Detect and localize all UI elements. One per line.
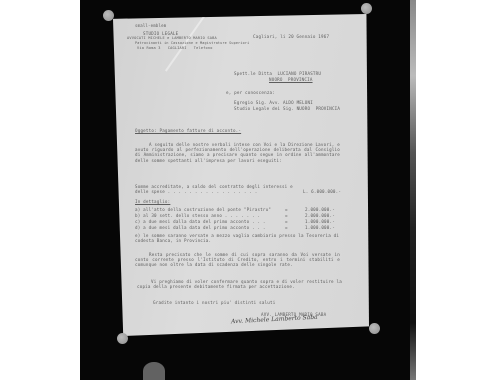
handwritten-signature: Avv. Michele Lamberto Saba bbox=[231, 314, 318, 326]
total-amount: L. 6.000.000.- bbox=[303, 189, 341, 194]
closing-line: Gradite intanto i nostri piu' distinti s… bbox=[153, 300, 275, 305]
paragraph-1: A seguito delle nostre verbali intese co… bbox=[135, 142, 340, 163]
item-amount: 1.000.000.- bbox=[305, 225, 335, 230]
shadow-object bbox=[143, 362, 165, 380]
subject-line: Oggetto: Pagamento fatture di acconto.- bbox=[135, 128, 241, 133]
item-note: e) le somme saranno versate a mezzo vagl… bbox=[135, 233, 340, 243]
item-eq: = bbox=[285, 225, 288, 230]
recipient-2-line1: Egregio Sig. Avv. ALDO MELONI bbox=[234, 100, 313, 105]
pin-bottom-right bbox=[369, 323, 380, 334]
section-label: In dettaglio: bbox=[135, 199, 170, 204]
items-list: a) all'atto della costruzione del ponte … bbox=[135, 207, 345, 231]
paragraph-3: Vi preghiamo di voler confermare quanto … bbox=[137, 279, 342, 289]
total-line: Somme accreditate, a saldo del contratto… bbox=[135, 184, 341, 194]
recipient-1-line1: Spett.le Ditta LUCIANO PIRASTRU bbox=[234, 71, 321, 76]
total-label: Somme accreditate, a saldo del contratto… bbox=[135, 184, 295, 194]
recipient-1-line2: NUORO PROVINCIA bbox=[269, 77, 313, 82]
item-label: d) a due mesi dalla data del primo accon… bbox=[135, 225, 266, 231]
item-amount: 1.000.000.- bbox=[305, 219, 335, 224]
place-date: Cagliari, li 20 Gennaio 1967 bbox=[253, 34, 329, 39]
pin-bottom-left bbox=[117, 333, 128, 344]
recipient-2-line2: Studio Legale dei Sig. NUORO PROVINCIA bbox=[234, 106, 340, 111]
item-eq: = bbox=[285, 219, 288, 224]
pin-top-left bbox=[103, 10, 114, 21]
photo-edge-strip bbox=[410, 0, 416, 380]
item-eq: = bbox=[285, 213, 288, 218]
letterhead-line4: Via Roma 3 CAGLIARI Telefono bbox=[137, 46, 213, 51]
list-item: d) a due mesi dalla data del primo accon… bbox=[135, 225, 345, 231]
paragraph-2: Resta precisato che le somme di cui sopr… bbox=[135, 252, 340, 268]
item-eq: = bbox=[285, 207, 288, 212]
pin-top-right bbox=[361, 3, 372, 14]
item-amount: 2.000.000.- bbox=[305, 207, 335, 212]
item-amount: 2.000.000.- bbox=[305, 213, 335, 218]
document-paper: small-emblem STUDIO LEGALE AVVOCATI MICH… bbox=[113, 14, 369, 336]
letterhead-logo: small-emblem bbox=[135, 23, 166, 28]
cc-label: e, per conoscenza: bbox=[226, 90, 275, 95]
